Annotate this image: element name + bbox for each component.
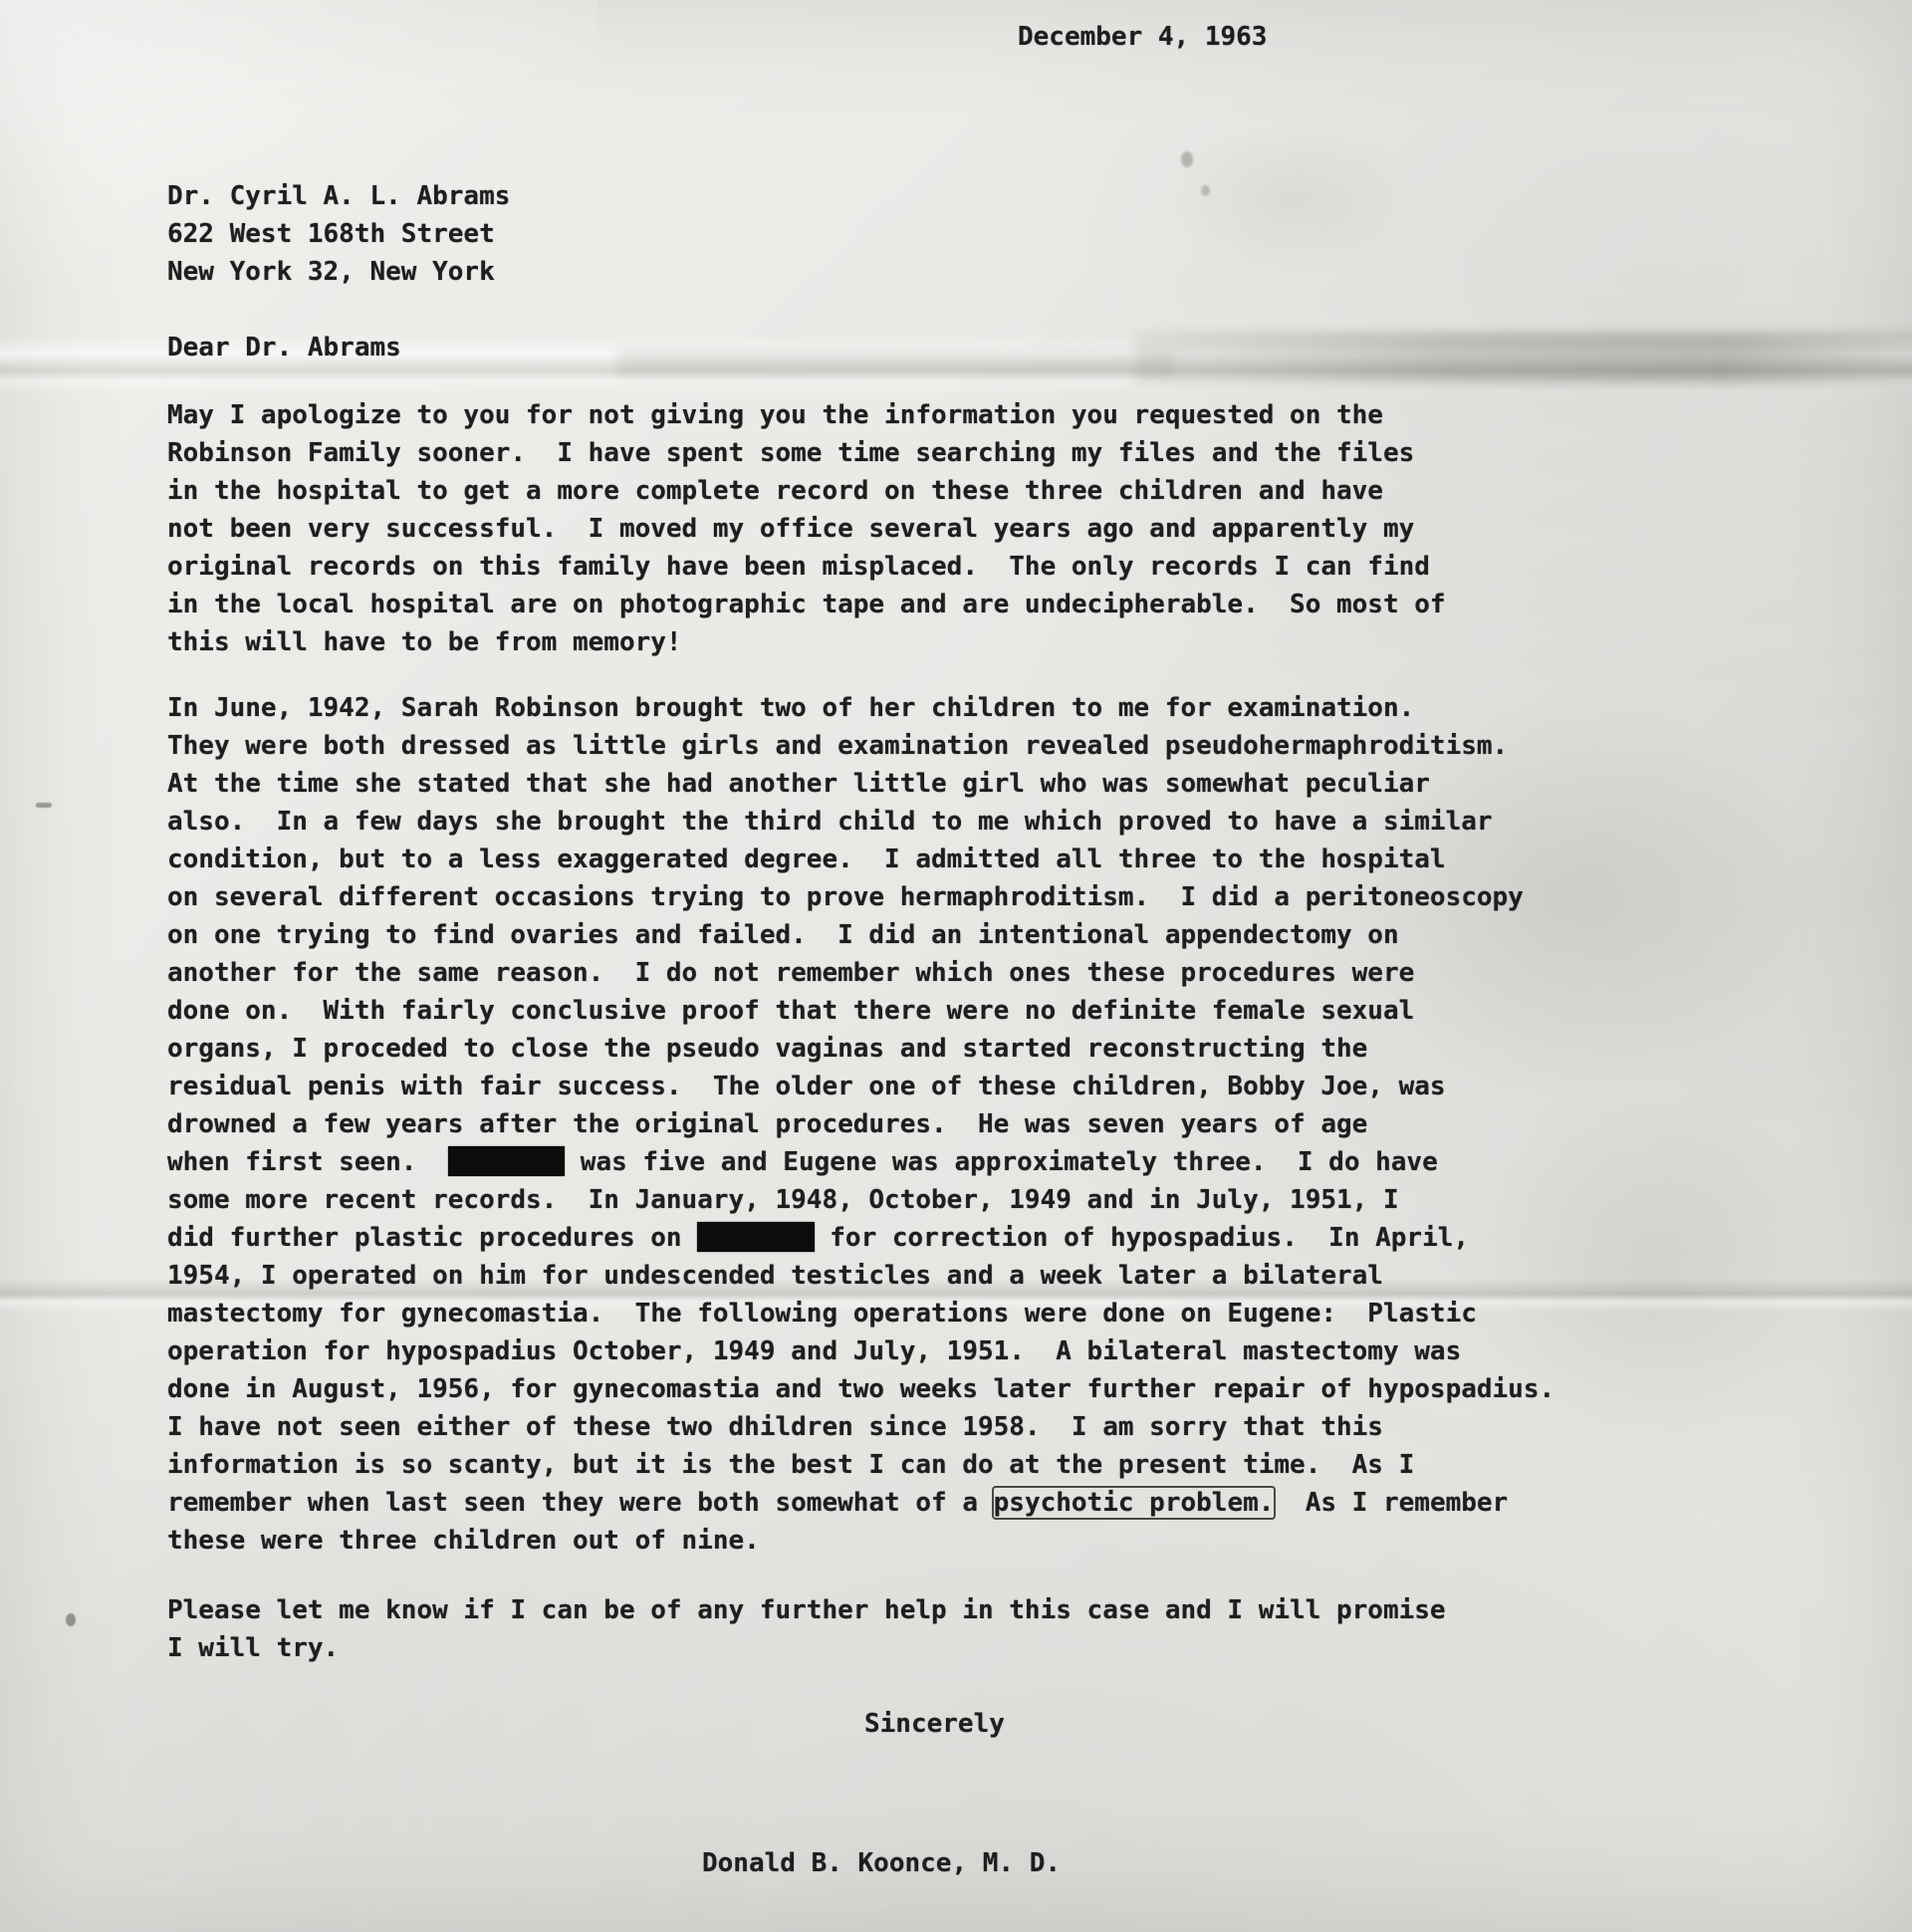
text-line: another for the same reason. I do not re… bbox=[167, 954, 1554, 992]
text-line: condition, but to a less exaggerated deg… bbox=[167, 841, 1554, 878]
recipient-address: Dr. Cyril A. L. Abrams622 West 168th Str… bbox=[167, 177, 510, 291]
text-line: 622 West 168th Street bbox=[167, 215, 510, 253]
fold-crease-shadow bbox=[617, 351, 1175, 376]
text-line: done in August, 1956, for gynecomastia a… bbox=[167, 1370, 1554, 1408]
redaction-box bbox=[448, 1146, 565, 1176]
text-line: did further plastic procedures on for co… bbox=[167, 1219, 1554, 1257]
text-line: New York 32, New York bbox=[167, 253, 510, 291]
text-line: residual penis with fair success. The ol… bbox=[167, 1068, 1554, 1105]
paragraph-apology: May I apologize to you for not giving yo… bbox=[167, 396, 1446, 661]
text-line: not been very successful. I moved my off… bbox=[167, 510, 1446, 548]
text-line: in the local hospital are on photographi… bbox=[167, 586, 1446, 623]
text-line: I will try. bbox=[167, 1629, 1446, 1667]
text-line: At the time she stated that she had anot… bbox=[167, 765, 1554, 803]
paragraph-history: In June, 1942, Sarah Robinson brought tw… bbox=[167, 689, 1554, 1560]
text-line: this will have to be from memory! bbox=[167, 623, 1446, 661]
text-line: done on. With fairly conclusive proof th… bbox=[167, 992, 1554, 1030]
text-line: these were three children out of nine. bbox=[167, 1522, 1554, 1560]
text-line: some more recent records. In January, 19… bbox=[167, 1181, 1554, 1219]
text-line: Robinson Family sooner. I have spent som… bbox=[167, 434, 1446, 472]
text-line: May I apologize to you for not giving yo… bbox=[167, 396, 1446, 434]
stain-speck bbox=[1201, 185, 1210, 196]
stain-speck bbox=[36, 803, 52, 808]
text-line: on several different occasions trying to… bbox=[167, 878, 1554, 916]
paragraph-closing-request: Please let me know if I can be of any fu… bbox=[167, 1591, 1446, 1667]
text-line: original records on this family have bee… bbox=[167, 548, 1446, 586]
text-line: when first seen. was five and Eugene was… bbox=[167, 1143, 1554, 1181]
letter-date: December 4, 1963 bbox=[1018, 18, 1267, 56]
text-line: Dr. Cyril A. L. Abrams bbox=[167, 177, 510, 215]
fold-crease-shadow bbox=[1135, 333, 1912, 384]
text-line: They were both dressed as little girls a… bbox=[167, 727, 1554, 765]
text-line: remember when last seen they were both s… bbox=[167, 1484, 1554, 1522]
stain bbox=[1115, 90, 1474, 309]
text-line: Please let me know if I can be of any fu… bbox=[167, 1591, 1446, 1629]
annotation-box: psychotic problem. bbox=[994, 1488, 1275, 1518]
stain-speck bbox=[66, 1613, 76, 1626]
text-line: I have not seen either of these two dhil… bbox=[167, 1408, 1554, 1446]
redaction-box bbox=[697, 1222, 814, 1252]
text-line: operation for hypospadius October, 1949 … bbox=[167, 1332, 1554, 1370]
text-line: on one trying to find ovaries and failed… bbox=[167, 916, 1554, 954]
text-line: mastectomy for gynecomastia. The followi… bbox=[167, 1295, 1554, 1332]
text-line: drowned a few years after the original p… bbox=[167, 1105, 1554, 1143]
stain-speck bbox=[1181, 151, 1193, 167]
scanned-letter-page: December 4, 1963 Dr. Cyril A. L. Abrams6… bbox=[0, 0, 1912, 1932]
valediction: Sincerely bbox=[864, 1705, 1005, 1743]
text-line: organs, I proceded to close the pseudo v… bbox=[167, 1030, 1554, 1068]
signature-name: Donald B. Koonce, M. D. bbox=[702, 1844, 1061, 1882]
text-line: also. In a few days she brought the thir… bbox=[167, 803, 1554, 841]
text-line: in the hospital to get a more complete r… bbox=[167, 472, 1446, 510]
salutation: Dear Dr. Abrams bbox=[167, 329, 401, 366]
text-line: 1954, I operated on him for undescended … bbox=[167, 1257, 1554, 1295]
text-line: In June, 1942, Sarah Robinson brought tw… bbox=[167, 689, 1554, 727]
text-line: information is so scanty, but it is the … bbox=[167, 1446, 1554, 1484]
